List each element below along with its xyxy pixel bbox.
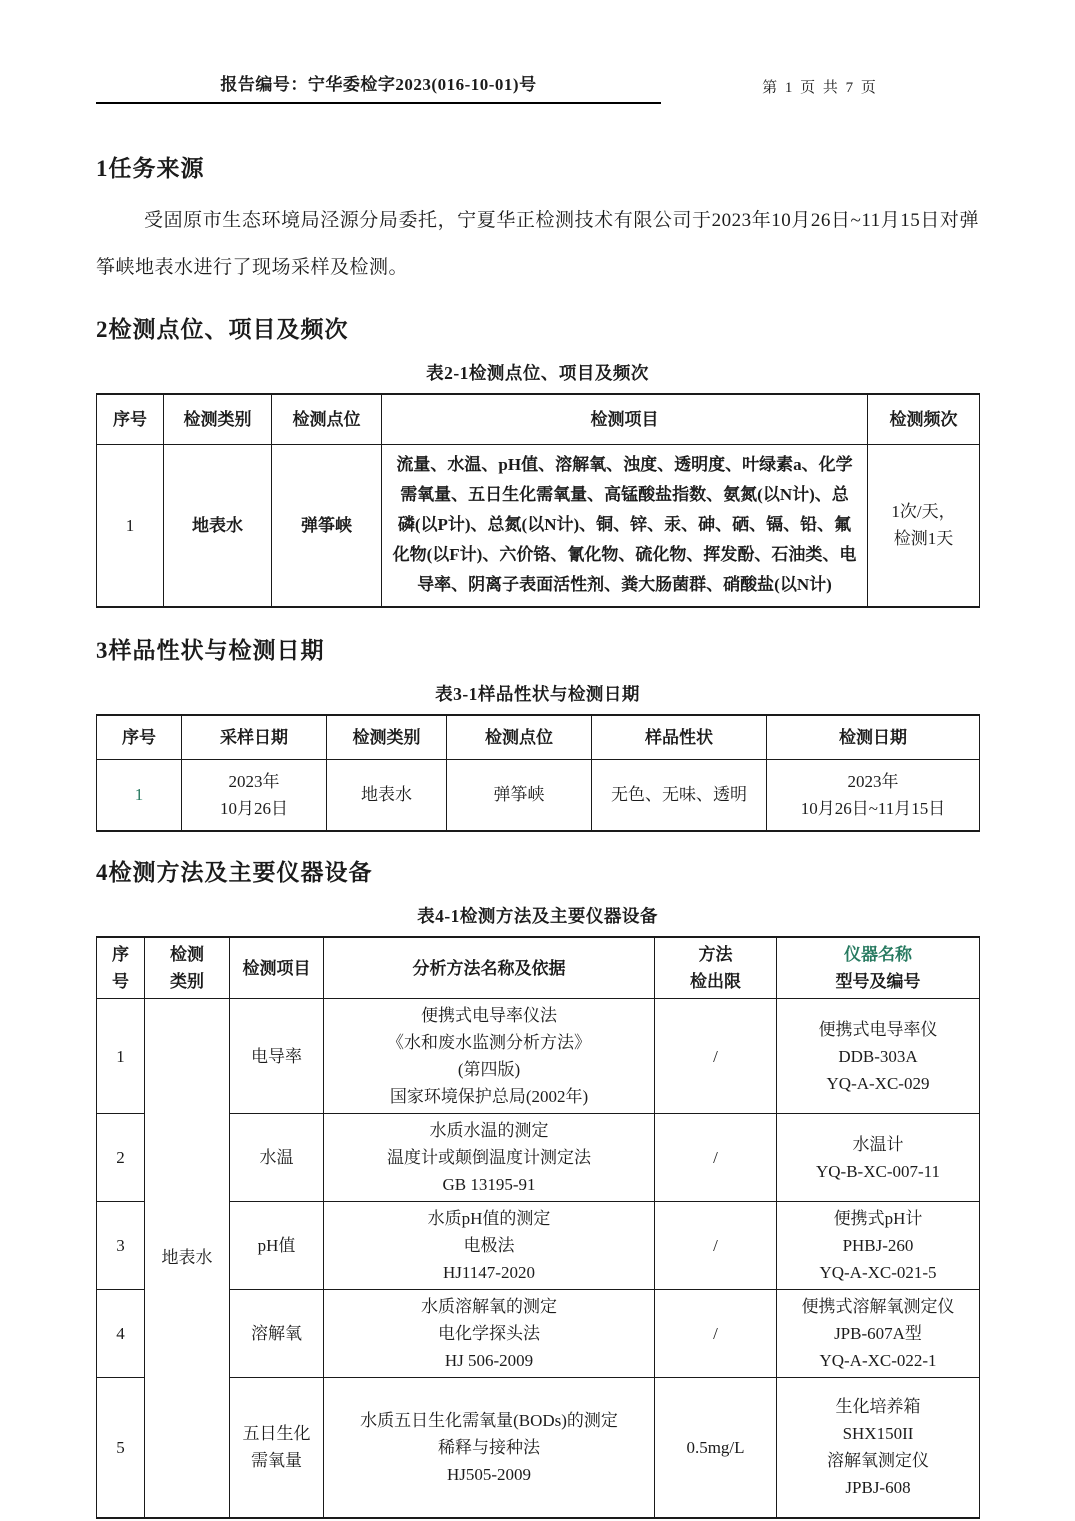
method-line: HJ505-2009 [330,1461,648,1488]
section-3-title: 3样品性状与检测日期 [96,632,979,665]
cell-item: pH值 [230,1202,324,1290]
report-page: 报告编号：宁华委检字2023(016-10-01)号 第 1 页 共 7 页 1… [96,0,979,1519]
cell-instrument: 水温计 YQ-B-XC-007-11 [777,1114,980,1202]
table-4-1-row-4: 4 溶解氧 水质溶解氧的测定 电化学探头法 HJ 506-2009 / 便携式溶… [97,1290,980,1378]
method-line: 水质溶解氧的测定 [330,1293,648,1320]
table-4-1-row-1: 1 地表水 电导率 便携式电导率仪法 《水和废水监测分析方法》 (第四版) 国家… [97,999,980,1114]
method-line: 《水和废水监测分析方法》 [330,1029,648,1056]
instrument-line: 便携式电导率仪 [783,1016,973,1043]
cell-item: 电导率 [230,999,324,1114]
cell-seq: 4 [97,1290,145,1378]
instrument-line: YQ-B-XC-007-11 [783,1158,973,1185]
cell-instrument: 便携式溶解氧测定仪 JPB-607A型 YQ-A-XC-022-1 [777,1290,980,1378]
instrument-line: 水温计 [783,1131,973,1158]
th-character: 样品性状 [592,715,767,759]
cell-item: 水温 [230,1114,324,1202]
th-test-date: 检测日期 [767,715,980,759]
page-header: 报告编号：宁华委检字2023(016-10-01)号 第 1 页 共 7 页 [96,70,979,104]
cell-test-date: 2023年 10月26日~11月15日 [767,759,980,831]
th-category: 检测类别 [327,715,447,759]
th-limit: 方法 检出限 [655,937,777,999]
instrument-line: YQ-A-XC-021-5 [783,1259,973,1286]
cell-instrument: 便携式电导率仪 DDB-303A YQ-A-XC-029 [777,999,980,1114]
instrument-line: 溶解氧测定仪 [783,1447,973,1474]
page-number: 第 1 页 共 7 页 [661,76,979,104]
task-source-paragraph: 受固原市生态环境局泾源分局委托，宁夏华正检测技术有限公司于2023年10月26日… [96,197,979,291]
th-instrument-name: 仪器名称 [783,941,973,968]
instrument-line: 便携式pH计 [783,1205,973,1232]
instrument-line: 便携式溶解氧测定仪 [783,1293,973,1320]
th-instrument: 仪器名称 型号及编号 [777,937,980,999]
table-3-1-header-row: 序号 采样日期 检测类别 检测点位 样品性状 检测日期 [97,715,980,759]
instrument-line: SHX150II [783,1420,973,1447]
method-line: 电极法 [330,1232,648,1259]
cell-method: 便携式电导率仪法 《水和废水监测分析方法》 (第四版) 国家环境保护总局(200… [324,999,655,1114]
table-4-1-header-row: 序 号 检测 类别 检测项目 分析方法名称及依据 方法 检出限 仪器名称 型号及… [97,937,980,999]
method-line: GB 13195-91 [330,1171,648,1198]
table-4-1-row-5: 5 五日生化需氧量 水质五日生化需氧量(BODs)的测定 稀释与接种法 HJ50… [97,1378,980,1518]
cell-category: 地表水 [327,759,447,831]
th-seq: 序 号 [97,937,145,999]
instrument-line: JPB-607A型 [783,1320,973,1347]
cell-seq: 1 [97,444,164,607]
instrument-line: JPBJ-608 [783,1474,973,1501]
method-line: 便携式电导率仪法 [330,1002,648,1029]
table-2-1-header-row: 序号 检测类别 检测点位 检测项目 检测频次 [97,394,980,444]
cell-seq: 2 [97,1114,145,1202]
th-seq: 序号 [97,394,164,444]
table-4-1-row-2: 2 水温 水质水温的测定 温度计或颠倒温度计测定法 GB 13195-91 / … [97,1114,980,1202]
table-3-1-caption: 表3-1样品性状与检测日期 [96,681,979,706]
table-4-1: 序 号 检测 类别 检测项目 分析方法名称及依据 方法 检出限 仪器名称 型号及… [96,936,980,1519]
cell-method: 水质水温的测定 温度计或颠倒温度计测定法 GB 13195-91 [324,1114,655,1202]
th-seq: 序号 [97,715,182,759]
cell-method: 水质pH值的测定 电极法 HJ1147-2020 [324,1202,655,1290]
cell-limit: / [655,1290,777,1378]
cell-instrument: 生化培养箱 SHX150II 溶解氧测定仪 JPBJ-608 [777,1378,980,1518]
method-line: 稀释与接种法 [330,1434,648,1461]
report-number: 报告编号：宁华委检字2023(016-10-01)号 [96,70,661,104]
method-line: (第四版) [330,1056,648,1083]
th-site: 检测点位 [447,715,592,759]
method-line: 国家环境保护总局(2002年) [330,1083,648,1110]
cell-seq: 3 [97,1202,145,1290]
instrument-line: DDB-303A [783,1043,973,1070]
method-line: HJ1147-2020 [330,1259,648,1286]
table-3-1: 序号 采样日期 检测类别 检测点位 样品性状 检测日期 1 2023年 10月2… [96,714,980,832]
section-2-title: 2检测点位、项目及频次 [96,311,979,344]
cell-method: 水质五日生化需氧量(BODs)的测定 稀释与接种法 HJ505-2009 [324,1378,655,1518]
cell-instrument: 便携式pH计 PHBJ-260 YQ-A-XC-021-5 [777,1202,980,1290]
cell-site: 弹筝峡 [272,444,382,607]
method-line: 电化学探头法 [330,1320,648,1347]
cell-limit: / [655,999,777,1114]
cell-character: 无色、无味、透明 [592,759,767,831]
instrument-line: 生化培养箱 [783,1393,973,1420]
cell-seq: 1 [97,999,145,1114]
th-site: 检测点位 [272,394,382,444]
method-line: 水质pH值的测定 [330,1205,648,1232]
cell-item: 溶解氧 [230,1290,324,1378]
cell-method: 水质溶解氧的测定 电化学探头法 HJ 506-2009 [324,1290,655,1378]
cell-limit: / [655,1202,777,1290]
th-sample-date: 采样日期 [182,715,327,759]
cell-limit: 0.5mg/L [655,1378,777,1518]
th-category: 检测 类别 [145,937,230,999]
section-4-title: 4检测方法及主要仪器设备 [96,854,979,887]
method-line: HJ 506-2009 [330,1347,648,1374]
cell-sample-date: 2023年 10月26日 [182,759,327,831]
cell-category: 地表水 [164,444,272,607]
table-2-1: 序号 检测类别 检测点位 检测项目 检测频次 1 地表水 弹筝峡 流量、水温、p… [96,393,980,608]
cell-category-merged: 地表水 [145,999,230,1518]
cell-frequency: 1次/天， 检测1天 [868,444,980,607]
table-4-1-row-3: 3 pH值 水质pH值的测定 电极法 HJ1147-2020 / 便携式pH计 … [97,1202,980,1290]
table-2-1-data-row: 1 地表水 弹筝峡 流量、水温、pH值、溶解氧、浊度、透明度、叶绿素a、化学需氧… [97,444,980,607]
cell-seq: 1 [97,759,182,831]
th-item: 检测项目 [230,937,324,999]
instrument-line: PHBJ-260 [783,1232,973,1259]
th-instrument-model: 型号及编号 [783,968,973,995]
th-category: 检测类别 [164,394,272,444]
instrument-line: YQ-A-XC-022-1 [783,1347,973,1374]
section-1-title: 1任务来源 [96,150,979,183]
method-line: 水质五日生化需氧量(BODs)的测定 [330,1407,648,1434]
th-items: 检测项目 [382,394,868,444]
method-line: 水质水温的测定 [330,1117,648,1144]
cell-limit: / [655,1114,777,1202]
table-3-1-data-row: 1 2023年 10月26日 地表水 弹筝峡 无色、无味、透明 2023年 10… [97,759,980,831]
cell-site: 弹筝峡 [447,759,592,831]
table-2-1-caption: 表2-1检测点位、项目及频次 [96,360,979,385]
method-line: 温度计或颠倒温度计测定法 [330,1144,648,1171]
th-frequency: 检测频次 [868,394,980,444]
cell-items: 流量、水温、pH值、溶解氧、浊度、透明度、叶绿素a、化学需氧量、五日生化需氧量、… [382,444,868,607]
table-4-1-caption: 表4-1检测方法及主要仪器设备 [96,903,979,928]
cell-seq: 5 [97,1378,145,1518]
cell-item: 五日生化需氧量 [230,1378,324,1518]
th-method: 分析方法名称及依据 [324,937,655,999]
instrument-line: YQ-A-XC-029 [783,1070,973,1097]
